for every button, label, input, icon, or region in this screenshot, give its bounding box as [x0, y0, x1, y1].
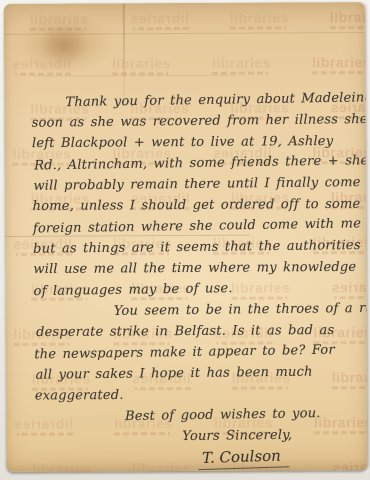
signature: T. Coulson: [198, 446, 289, 470]
letter-line: foreign station where she could come wit…: [33, 216, 361, 236]
letter-line: of languages may be of use.: [33, 281, 232, 299]
letter-line: but as things are it seems that the auth…: [33, 238, 361, 257]
letter-line: the newspapers make it appear to be? For: [34, 343, 335, 363]
letter-line: left Blackpool + went to live at 19, Ash…: [32, 134, 333, 151]
letter-line: Yours Sincerely,: [182, 428, 292, 444]
letter-line: desperate strike in Belfast. Is it as ba…: [36, 323, 334, 340]
letter-line: Rd., Altrincham, with some friends there…: [34, 153, 367, 173]
letter-line: soon as she was recovered from her illne…: [32, 112, 368, 131]
letter-body: Thank you for the enquiry about Madelein…: [4, 2, 367, 472]
letter-line: Thank you for the enquiry about Madelein…: [65, 90, 367, 110]
letter-line: home, unless I should get ordered off to…: [33, 197, 361, 214]
letter-line: You seem to be in the throes of a rather: [114, 301, 367, 319]
scanned-letter-page: librarieslibrarieslibrarieslibrarieslibr…: [0, 0, 370, 480]
letter-line: exaggerated.: [35, 388, 124, 404]
letter-paper: librarieslibrarieslibrarieslibrarieslibr…: [4, 2, 367, 472]
letter-line: will use me all the time where my knowle…: [33, 260, 356, 277]
letter-line: Best of good wishes to you.: [125, 406, 321, 424]
letter-line: will probably remain there until I final…: [33, 175, 360, 194]
letter-line: all your sakes I hope it has been much: [35, 365, 312, 383]
